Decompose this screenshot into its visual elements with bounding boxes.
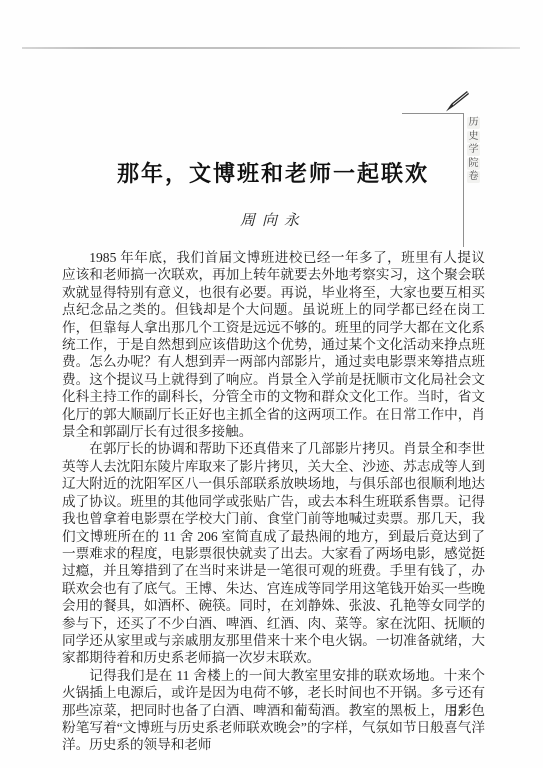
book-page: 历史学院卷 那年，文博班和老师一起联欢 周向永 1985 年年底，我们首届文博班… [0,0,543,768]
article-body: 1985 年年底，我们首届文博班进校已经一年多了，班里有人提议应该和老师搞一次联… [62,249,485,754]
pen-icon [441,90,469,114]
author-name: 周向永 [62,209,484,230]
page-title: 那年，文博班和老师一起联欢 [62,157,484,188]
paragraph: 在郭厅长的协调和帮助下还真借来了几部影片拷贝。肖景全和李世英等人去沈阳东陵片库取… [62,440,485,666]
corner-frame-horizontal [402,113,464,114]
paragraph: 1985 年年底，我们首届文博班进校已经一年多了，班里有人提议应该和老师搞一次联… [62,249,485,440]
page-number: 57 [430,704,485,721]
paragraph: 记得我们是在 11 舍楼上的一间大教室里安排的联欢场地。十来个火锅插上电源后，或… [62,667,485,754]
top-rule [22,47,520,49]
